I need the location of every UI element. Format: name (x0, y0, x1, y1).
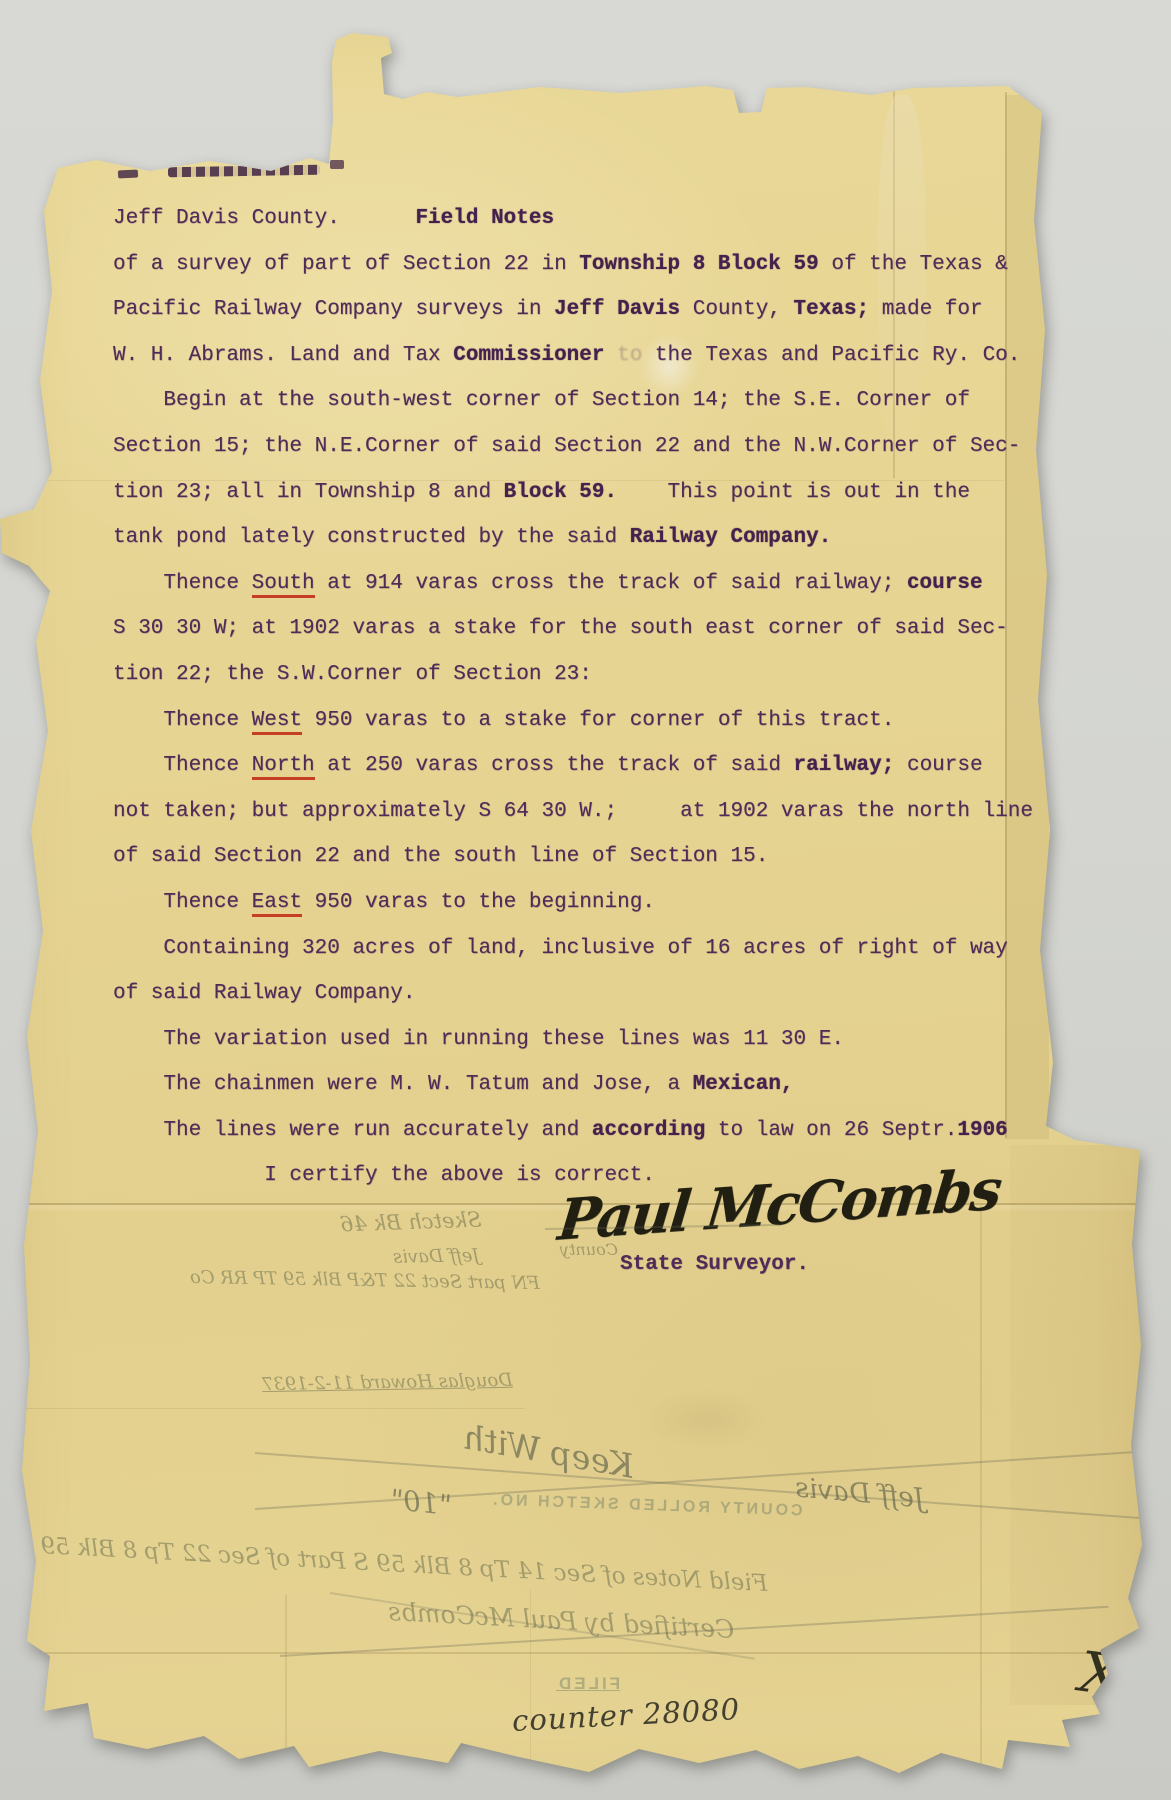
bleedthrough-text: Keep With (460, 1417, 637, 1485)
typed-line: not taken; but approximately S 64 30 W.;… (113, 789, 1073, 835)
bleedthrough-text: Certified by Paul McCombs (387, 1597, 734, 1644)
typed-line: S 30 30 W; at 1902 varas a stake for the… (113, 606, 1073, 652)
typed-line: of said Railway Company. (113, 971, 1073, 1017)
paper-stain (1010, 1145, 1144, 1705)
typed-line: Begin at the south-west corner of Sectio… (113, 378, 1073, 424)
typed-line: Thence West 950 varas to a stake for cor… (113, 698, 1073, 744)
fold-line (25, 1408, 525, 1409)
bleedthrough-text: Jeff Davis (393, 1245, 480, 1268)
crease-line (530, 1590, 531, 1772)
typed-line: tion 22; the S.W.Corner of Section 23: (113, 652, 1073, 698)
bleedthrough-text: FILED (556, 1674, 620, 1694)
red-mark (1142, 1624, 1157, 1657)
bleedthrough-text: Sketch Bk 46 (340, 1208, 482, 1237)
crease-line (285, 1595, 287, 1773)
pencil-line (255, 1451, 1143, 1510)
typed-line: of said Section 22 and the south line of… (113, 834, 1073, 880)
torn-text-fragment (168, 165, 320, 178)
torn-text-fragment (118, 169, 138, 178)
bleedthrough-text: Field Notes of Sec 14 Tp 8 Blk 59 S Part… (40, 1533, 769, 1597)
scan-background: Jeff Davis County. Field Notesof a surve… (0, 0, 1171, 1800)
crease-line (980, 1205, 982, 1765)
counter-annotation: counter 28080 (511, 1692, 741, 1738)
pencil-line (255, 1452, 1143, 1519)
bleedthrough-text: FN part Sect 22 T&P Blk 59 TP RR Co (190, 1267, 540, 1294)
typed-line: of a survey of part of Section 22 in Tow… (113, 242, 1073, 288)
bleedthrough-text: "10" (388, 1483, 453, 1522)
field-notes-typed-text: Jeff Davis County. Field Notesof a surve… (113, 196, 1073, 1199)
typed-line: Thence North at 250 varas cross the trac… (113, 743, 1073, 789)
typed-line: Pacific Railway Company surveys in Jeff … (113, 287, 1073, 333)
typed-line: The chainmen were M. W. Tatum and Jose, … (113, 1062, 1073, 1108)
paper-stain (640, 1388, 770, 1450)
typed-line: W. H. Abrams. Land and Tax Commissioner … (113, 333, 1073, 379)
typed-line: The variation used in running these line… (113, 1017, 1073, 1063)
red-mark (1146, 1686, 1160, 1717)
surveyor-title: State Surveyor. (620, 1253, 809, 1276)
typed-line: Thence South at 914 varas cross the trac… (113, 561, 1073, 607)
document-paper: Jeff Davis County. Field Notesof a surve… (0, 0, 1171, 1800)
bleedthrough-text: Douglas Howard 11-2-1937 (262, 1370, 513, 1395)
x-mark-annotation: X (1076, 1640, 1123, 1709)
typed-line: tion 23; all in Township 8 and Block 59.… (113, 470, 1073, 516)
typed-line: Thence East 950 varas to the beginning. (113, 880, 1073, 926)
paper-shadow: Jeff Davis County. Field Notesof a surve… (0, 0, 1171, 1800)
typed-line: Jeff Davis County. Field Notes (113, 196, 1073, 242)
typed-line: The lines were run accurately and accord… (113, 1108, 1073, 1154)
torn-text-fragment (330, 160, 344, 169)
bleedthrough-text: COUNTY ROLLED SKETCH NO. (490, 1492, 803, 1521)
fold-line (30, 1652, 1128, 1654)
typed-line: Section 15; the N.E.Corner of said Secti… (113, 424, 1073, 470)
typed-line: Containing 320 acres of land, inclusive … (113, 926, 1073, 972)
typed-line: tank pond lately constructed by the said… (113, 515, 1073, 561)
